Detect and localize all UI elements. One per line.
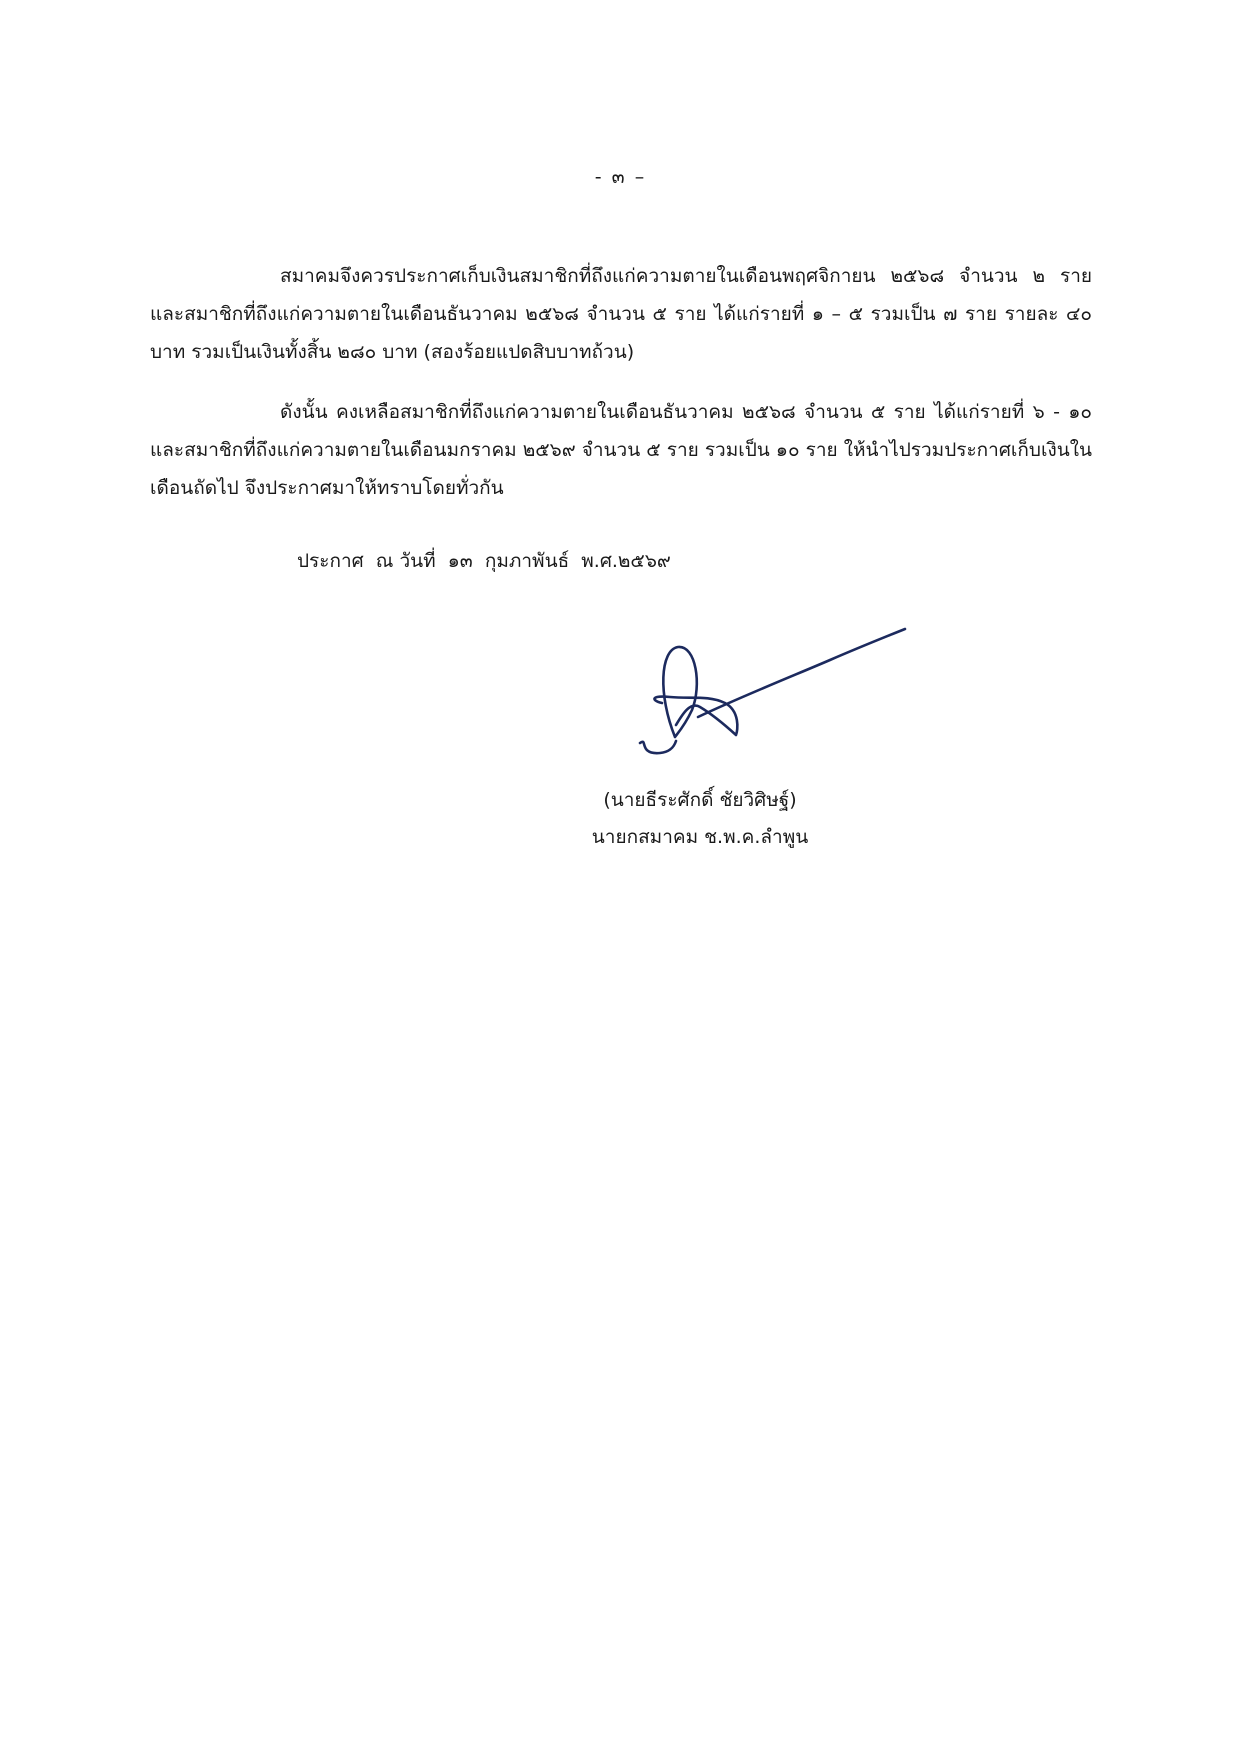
signature-image: [630, 625, 910, 770]
signer-title: นายกสมาคม ช.พ.ค.ลำพูน: [540, 822, 860, 852]
paragraph-collection-notice: สมาคมจึงควรประกาศเก็บเงินสมาชิกที่ถึงแก่…: [150, 257, 1092, 371]
announcement-date: ประกาศ ณ วันที่ ๑๓ กุมภาพันธ์ พ.ศ.๒๕๖๙: [297, 546, 671, 576]
paragraph-text: สมาคมจึงควรประกาศเก็บเงินสมาชิกที่ถึงแก่…: [150, 265, 1092, 363]
paragraph-remaining-members: ดังนั้น คงเหลือสมาชิกที่ถึงแก่ความตายในเ…: [150, 393, 1092, 507]
page-number: - ๓ –: [0, 162, 1241, 192]
signer-name: (นายธีระศักดิ์ ชัยวิศิษฐ์): [540, 785, 860, 815]
paragraph-text: ดังนั้น คงเหลือสมาชิกที่ถึงแก่ความตายในเ…: [150, 401, 1092, 499]
